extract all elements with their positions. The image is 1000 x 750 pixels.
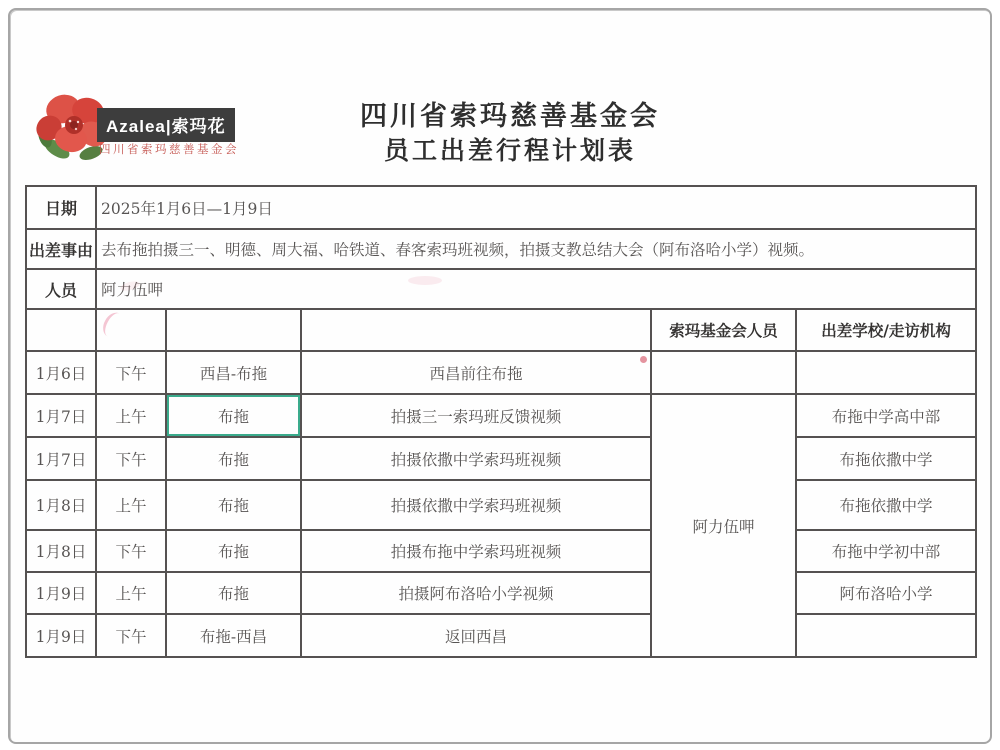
cell-location: 布拖 <box>166 480 301 530</box>
header-foundation-staff: 索玛基金会人员 <box>651 309 796 351</box>
cell-activity: 拍摄三一索玛班反馈视频 <box>301 394 651 437</box>
cell-activity: 西昌前往布拖 <box>301 351 651 394</box>
cell-activity: 拍摄阿布洛哈小学视频 <box>301 572 651 614</box>
info-row-reason: 出差事由 去布拖拍摄三一、明德、周大福、哈铁道、春客索玛班视频，拍摄支教总结大会… <box>26 229 976 269</box>
info-row-date: 日期 2025年1月6日—1月9日 <box>26 186 976 229</box>
schedule-row-2: 1月7日 上午 布拖 拍摄三一索玛班反馈视频 阿力伍呷 布拖中学高中部 <box>26 394 976 437</box>
cell-period: 下午 <box>96 351 166 394</box>
itinerary-table: 日期 2025年1月6日—1月9日 出差事由 去布拖拍摄三一、明德、周大福、哈铁… <box>25 185 977 658</box>
cell-location: 布拖-西昌 <box>166 614 301 657</box>
header-empty-activity <box>301 309 651 351</box>
cell-period: 上午 <box>96 572 166 614</box>
schedule-row-5: 1月8日 下午 布拖 拍摄布拖中学索玛班视频 布拖中学初中部 <box>26 530 976 572</box>
date-value: 2025年1月6日—1月9日 <box>96 186 976 229</box>
header-empty-location <box>166 309 301 351</box>
schedule-row-6: 1月9日 上午 布拖 拍摄阿布洛哈小学视频 阿布洛哈小学 <box>26 572 976 614</box>
date-label: 日期 <box>26 186 96 229</box>
cell-date: 1月7日 <box>26 437 96 480</box>
cell-school <box>796 614 976 657</box>
reason-label: 出差事由 <box>26 229 96 269</box>
cell-activity: 拍摄布拖中学索玛班视频 <box>301 530 651 572</box>
cell-activity: 拍摄依撒中学索玛班视频 <box>301 480 651 530</box>
info-row-staff: 人员 阿力伍呷 <box>26 269 976 309</box>
cell-location-selected: 布拖 <box>166 394 301 437</box>
cell-staff-merged: 阿力伍呷 <box>651 394 796 657</box>
cell-period: 下午 <box>96 530 166 572</box>
cell-school: 布拖依撒中学 <box>796 480 976 530</box>
cell-date: 1月8日 <box>26 530 96 572</box>
cell-period: 下午 <box>96 437 166 480</box>
title-line-2: 员工出差行程计划表 <box>0 134 1000 168</box>
cell-period: 上午 <box>96 394 166 437</box>
cell-school: 布拖依撒中学 <box>796 437 976 480</box>
cell-date: 1月6日 <box>26 351 96 394</box>
cell-school: 布拖中学高中部 <box>796 394 976 437</box>
schedule-row-3: 1月7日 下午 布拖 拍摄依撒中学索玛班视频 布拖依撒中学 <box>26 437 976 480</box>
document-title: 四川省索玛慈善基金会 员工出差行程计划表 <box>0 100 1000 168</box>
header-empty-period <box>96 309 166 351</box>
schedule-row-7: 1月9日 下午 布拖-西昌 返回西昌 <box>26 614 976 657</box>
header-school-visited: 出差学校/走访机构 <box>796 309 976 351</box>
cell-location: 布拖 <box>166 530 301 572</box>
schedule-row-1: 1月6日 下午 西昌-布拖 西昌前往布拖 <box>26 351 976 394</box>
cell-activity: 拍摄依撒中学索玛班视频 <box>301 437 651 480</box>
cell-location: 西昌-布拖 <box>166 351 301 394</box>
schedule-row-4: 1月8日 上午 布拖 拍摄依撒中学索玛班视频 布拖依撒中学 <box>26 480 976 530</box>
title-line-1: 四川省索玛慈善基金会 <box>0 100 1000 134</box>
schedule-header-row: 索玛基金会人员 出差学校/走访机构 <box>26 309 976 351</box>
cell-school <box>796 351 976 394</box>
cell-location: 布拖 <box>166 437 301 480</box>
cell-date: 1月9日 <box>26 572 96 614</box>
cell-location: 布拖 <box>166 572 301 614</box>
cell-school: 阿布洛哈小学 <box>796 572 976 614</box>
header-empty-date <box>26 309 96 351</box>
cell-date: 1月8日 <box>26 480 96 530</box>
cell-school: 布拖中学初中部 <box>796 530 976 572</box>
cell-staff-empty <box>651 351 796 394</box>
scanned-document-page: Azalea|索玛花 四川省索玛慈善基金会 四川省索玛慈善基金会 员工出差行程计… <box>0 0 1000 750</box>
cell-activity: 返回西昌 <box>301 614 651 657</box>
cell-date: 1月7日 <box>26 394 96 437</box>
cell-period: 上午 <box>96 480 166 530</box>
staff-value: 阿力伍呷 <box>96 269 976 309</box>
cell-period: 下午 <box>96 614 166 657</box>
staff-label: 人员 <box>26 269 96 309</box>
cell-date: 1月9日 <box>26 614 96 657</box>
reason-value: 去布拖拍摄三一、明德、周大福、哈铁道、春客索玛班视频，拍摄支教总结大会（阿布洛哈… <box>96 229 976 269</box>
